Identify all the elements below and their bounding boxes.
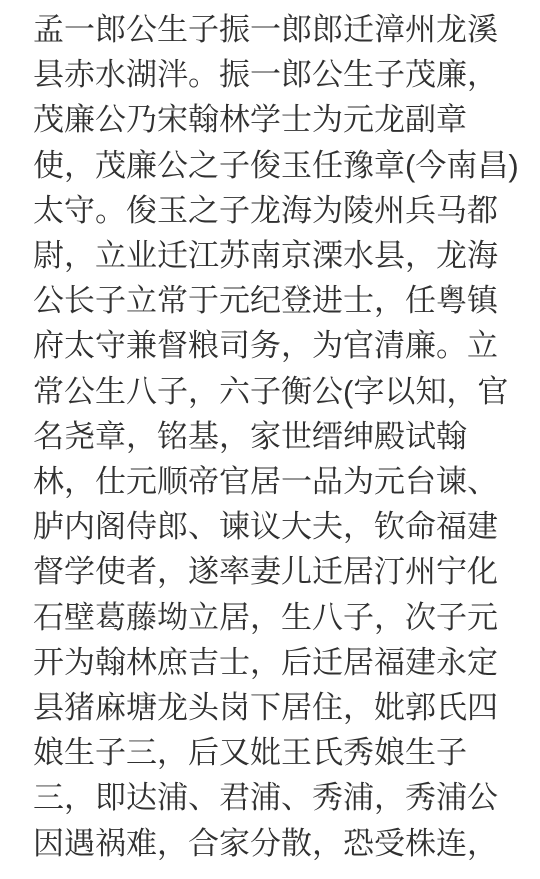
text-line: 府太守兼督粮司务，为官清廉。立: [33, 323, 512, 368]
text-line: 开为翰林庶吉士，后迁居福建永定: [33, 640, 512, 685]
genealogy-paragraph: 孟一郎公生子振一郎郎迁漳州龙溪 县赤水湖泮。振一郎公生子茂廉， 茂廉公乃宋翰林学…: [33, 7, 512, 866]
text-line: 使，茂廉公之子俊玉任豫章(今南昌): [33, 143, 512, 188]
text-line: 娘生子三，后又妣王氏秀娘生子: [33, 730, 512, 775]
text-line: 林，仕元顺帝官居一品为元台谏、: [33, 459, 512, 504]
text-line: 孟一郎公生子振一郎郎迁漳州龙溪: [33, 7, 512, 52]
text-line: 县赤水湖泮。振一郎公生子茂廉，: [33, 52, 512, 97]
text-line: 石壁葛藤坳立居，生八子，次子元: [33, 595, 512, 640]
text-line: 督学使者，遂率妻儿迁居汀州宁化: [33, 549, 512, 594]
text-line: 三，即达浦、君浦、秀浦，秀浦公: [33, 775, 512, 820]
text-line: 常公生八子，六子衡公(字以知，官: [33, 369, 512, 414]
text-line: 因遇祸难，合家分散，恐受株连，: [33, 821, 512, 866]
text-line: 茂廉公乃宋翰林学士为元龙副章: [33, 97, 512, 142]
document-page: 孟一郎公生子振一郎郎迁漳州龙溪 县赤水湖泮。振一郎公生子茂廉， 茂廉公乃宋翰林学…: [0, 0, 540, 879]
text-line: 胪内阁侍郎、谏议大夫，钦命福建: [33, 504, 512, 549]
text-line: 公长子立常于元纪登进士，任粤镇: [33, 278, 512, 323]
text-line: 名尧章，铭基，家世缙绅殿试翰: [33, 414, 512, 459]
text-line: 县猪麻塘龙头岗下居住，妣郭氏四: [33, 685, 512, 730]
text-line: 尉，立业迁江苏南京溧水县，龙海: [33, 233, 512, 278]
text-line: 太守。俊玉之子龙海为陵州兵马都: [33, 188, 512, 233]
